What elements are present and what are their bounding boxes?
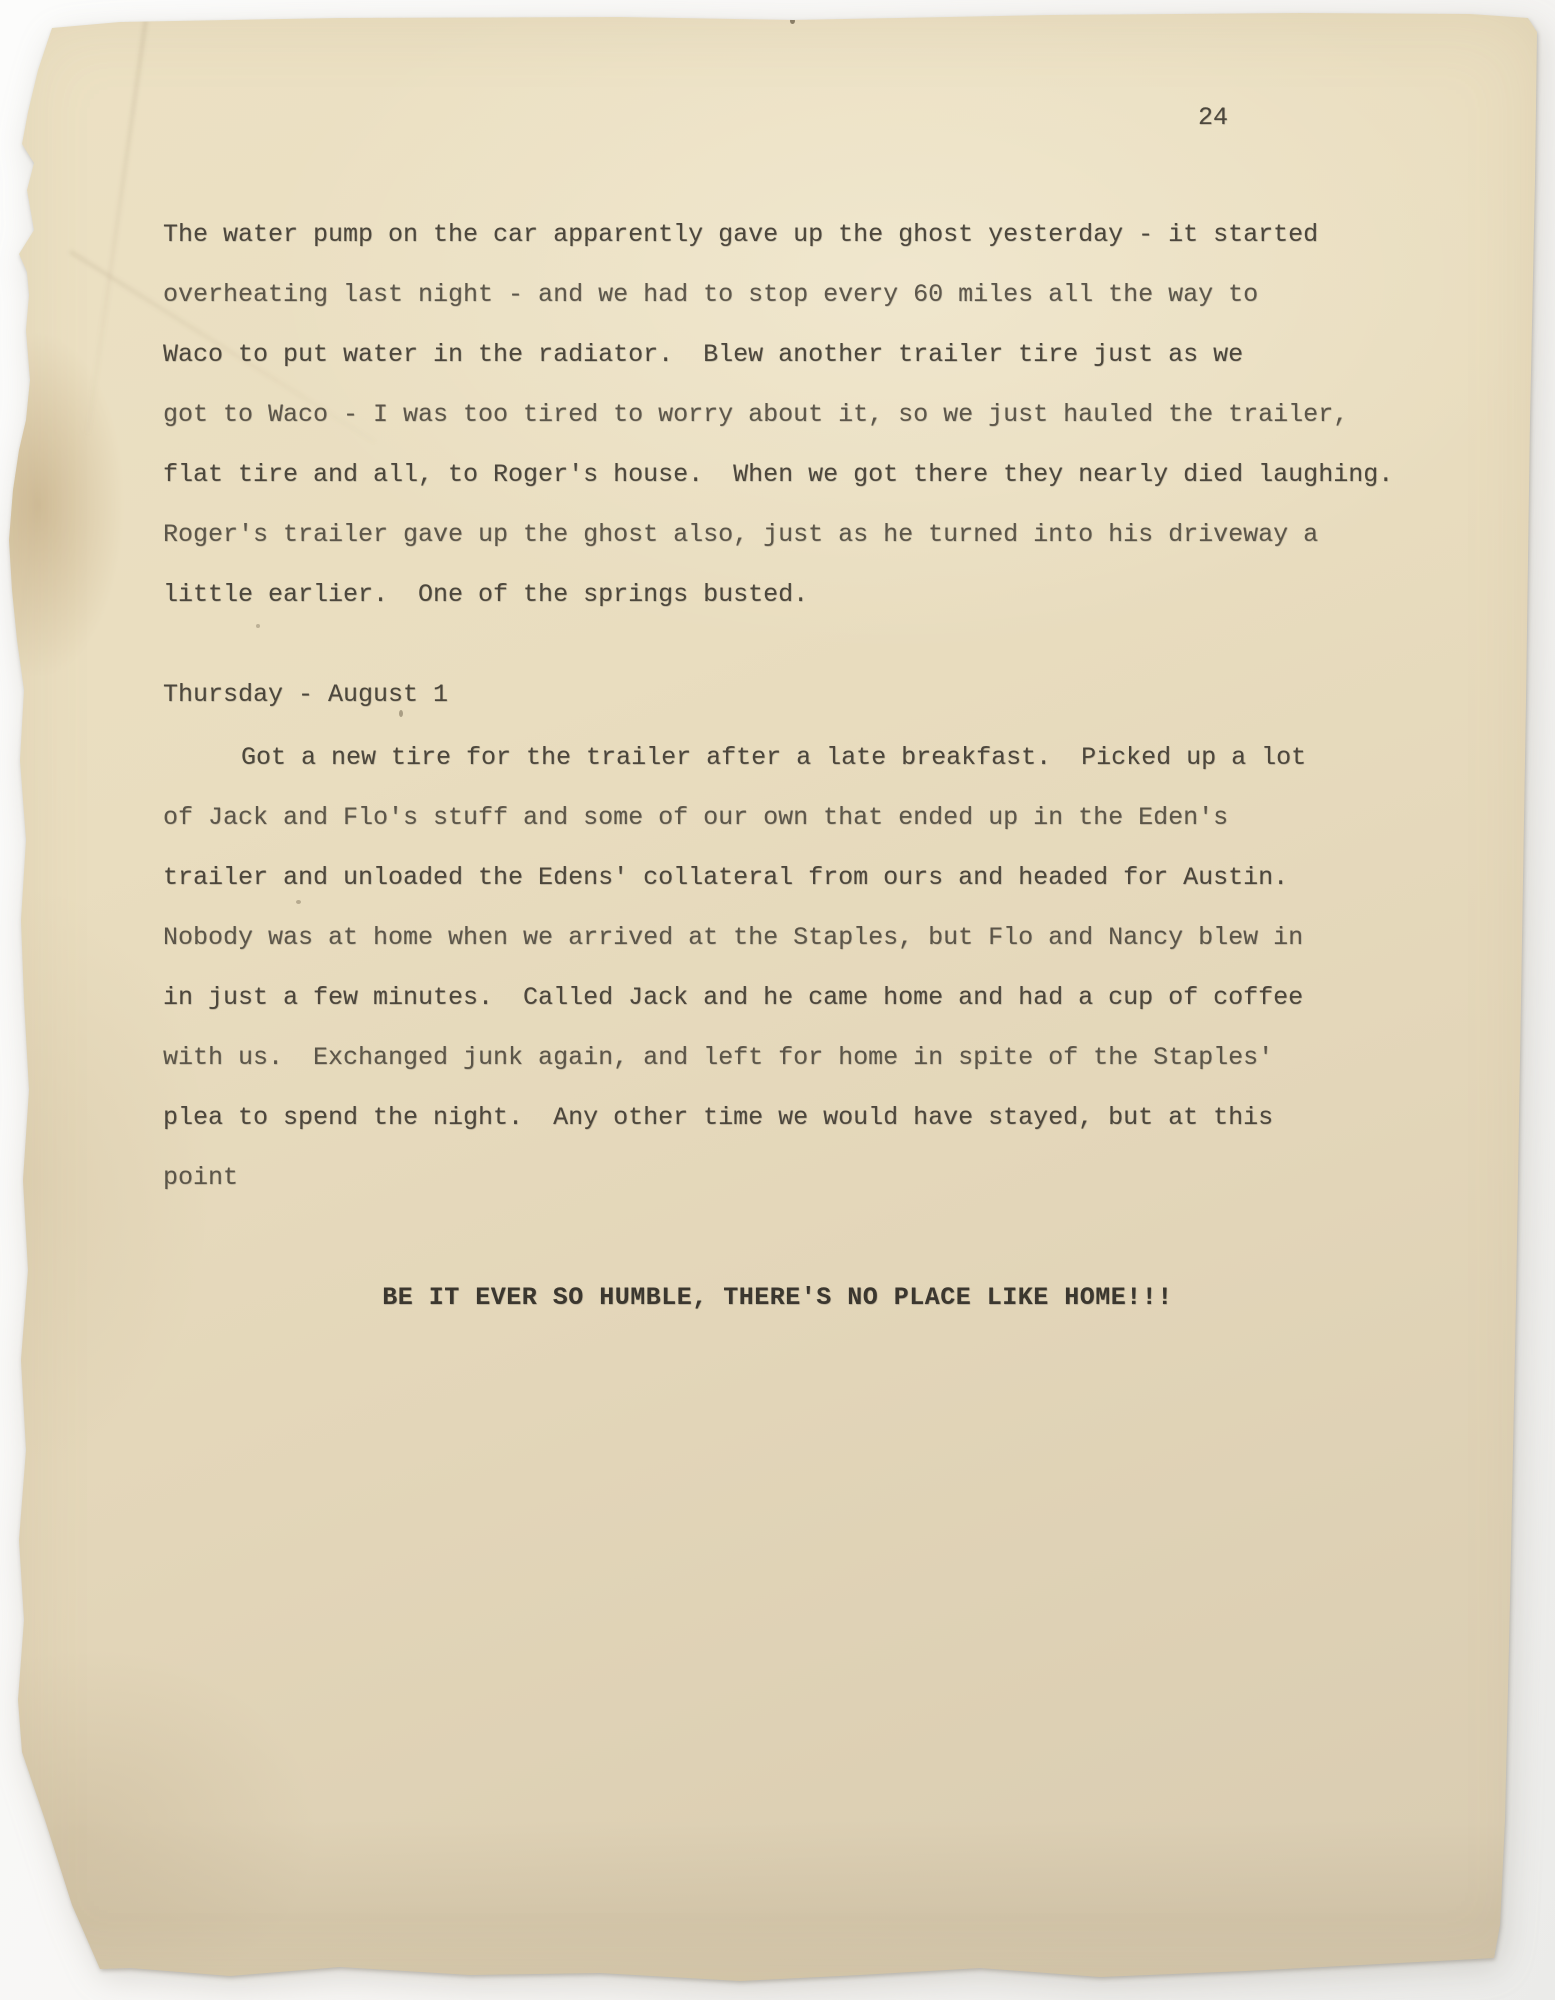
typed-line: Waco to put water in the radiator. Blew … <box>163 325 1393 385</box>
typed-line: Nobody was at home when we arrived at th… <box>163 908 1306 968</box>
scan-backdrop: 24 The water pump on the car apparently … <box>0 0 1555 2000</box>
typed-line: trailer and unloaded the Edens' collater… <box>163 848 1306 908</box>
typed-line: plea to spend the night. Any other time … <box>163 1088 1306 1148</box>
paper-crease <box>86 8 149 434</box>
typed-line: The water pump on the car apparently gav… <box>163 205 1393 265</box>
typed-line: Got a new tire for the trailer after a l… <box>163 728 1306 788</box>
paragraph-two: Got a new tire for the trailer after a l… <box>163 728 1306 1208</box>
typed-line: flat tire and all, to Roger's house. Whe… <box>163 445 1393 505</box>
document-page: 24 The water pump on the car apparently … <box>0 0 1555 2000</box>
typed-line: overheating last night - and we had to s… <box>163 265 1393 325</box>
motto-line: BE IT EVER SO HUMBLE, THERE'S NO PLACE L… <box>0 1268 1555 1328</box>
typed-line: in just a few minutes. Called Jack and h… <box>163 968 1306 1028</box>
page-number: 24 <box>1198 88 1228 148</box>
typed-line: with us. Exchanged junk again, and left … <box>163 1028 1306 1088</box>
date-heading: Thursday - August 1 <box>163 665 448 725</box>
typed-line: point <box>163 1148 1306 1208</box>
typed-line: little earlier. One of the springs buste… <box>163 565 1393 625</box>
paper-speck <box>790 18 795 24</box>
typed-line: of Jack and Flo's stuff and some of our … <box>163 788 1306 848</box>
paragraph-one: The water pump on the car apparently gav… <box>163 205 1393 625</box>
typed-line: got to Waco - I was too tired to worry a… <box>163 385 1393 445</box>
typed-line: Roger's trailer gave up the ghost also, … <box>163 505 1393 565</box>
